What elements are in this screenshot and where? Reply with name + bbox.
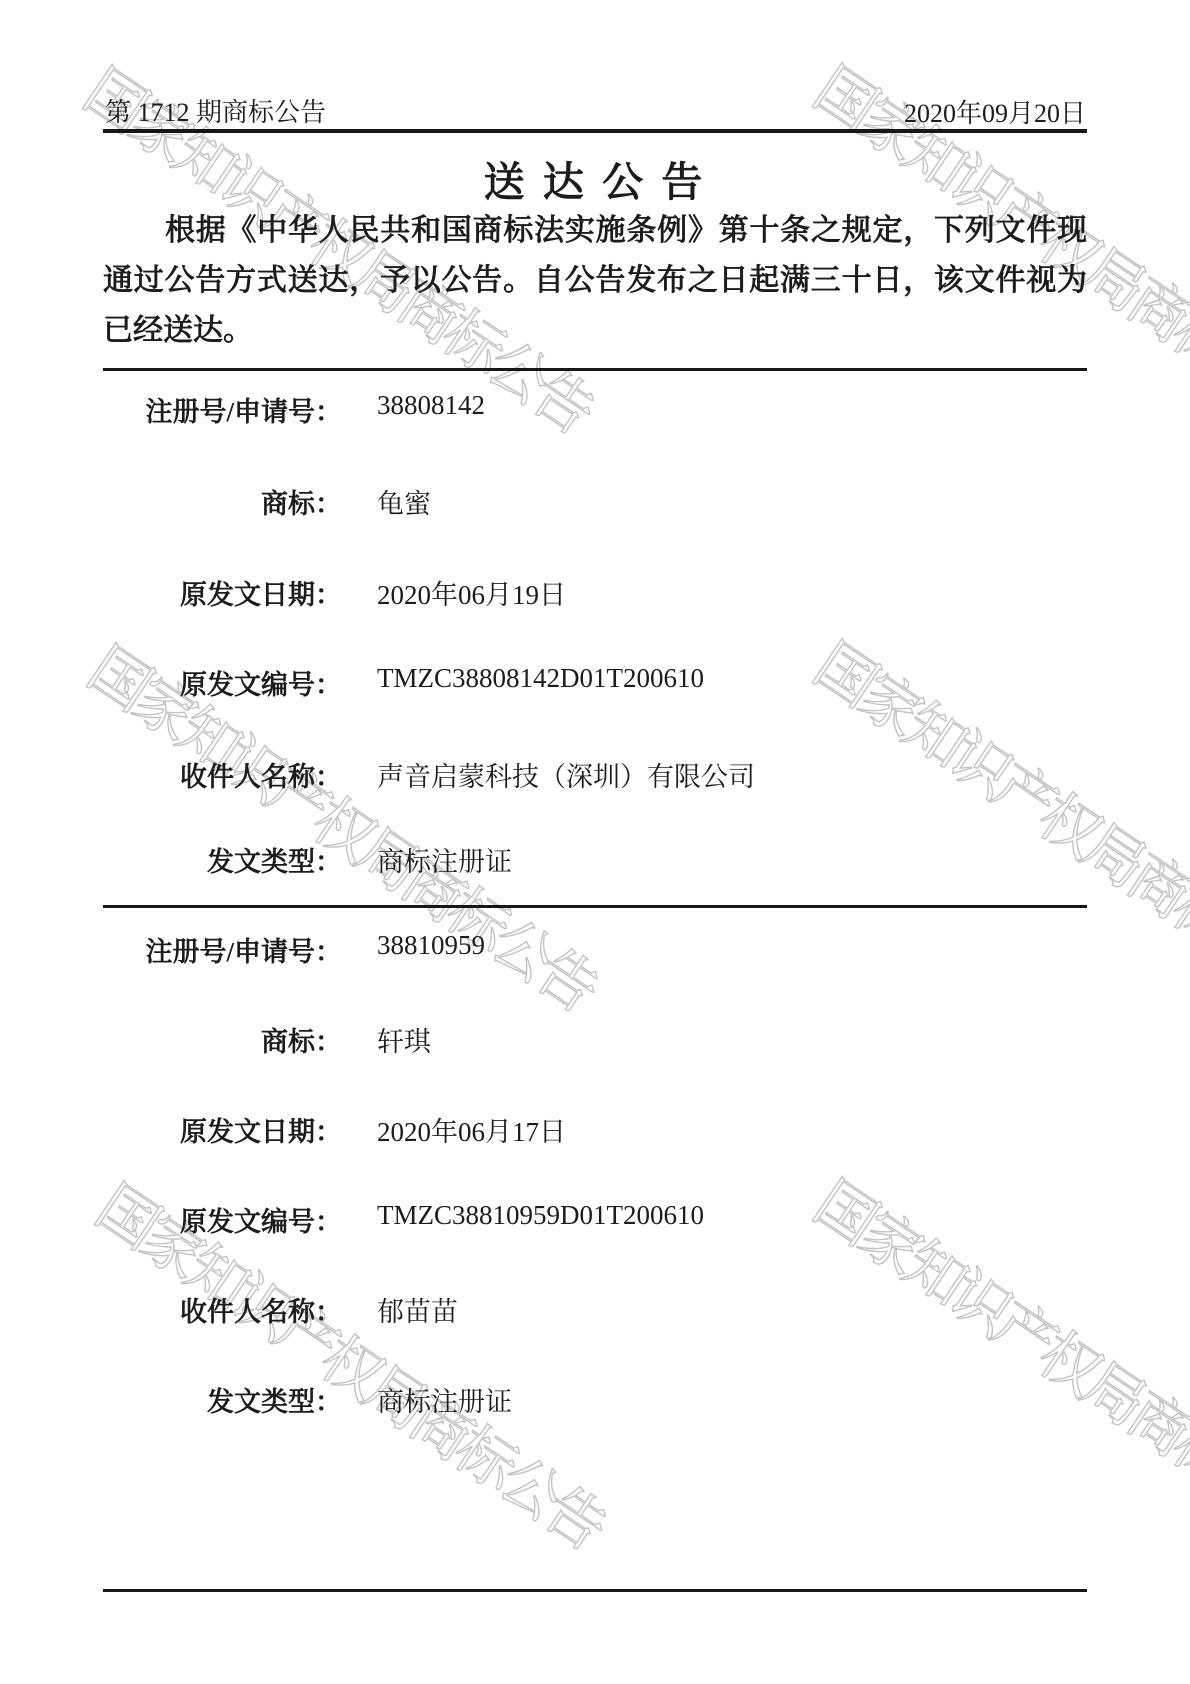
field-value: 2020年06月17日 (377, 1110, 566, 1149)
record-row: 注册号/申请号： 38810959 (0, 930, 1190, 964)
field-value: TMZC38808142D01T200610 (377, 663, 704, 694)
record-row: 商标： 轩琪 (0, 1020, 1190, 1054)
field-value: 郁苗苗 (377, 1290, 458, 1329)
field-value: 38810959 (377, 930, 485, 961)
field-value: 商标注册证 (377, 1380, 512, 1419)
field-label: 原发文编号： (180, 1200, 342, 1239)
field-label: 注册号/申请号： (145, 390, 342, 429)
field-value: 轩琪 (377, 1020, 431, 1059)
field-value: 声音启蒙科技（深圳）有限公司 (377, 755, 755, 794)
field-label: 收件人名称： (180, 755, 342, 794)
field-value: 龟蜜 (377, 482, 431, 521)
field-label: 原发文编号： (180, 663, 342, 702)
header-divider (103, 129, 1087, 133)
field-label: 商标： (261, 482, 342, 521)
field-label: 收件人名称： (180, 1290, 342, 1329)
record-row: 注册号/申请号： 38808142 (0, 390, 1190, 424)
notice-intro: 根据《中华人民共和国商标法实施条例》第十条之规定，下列文件现通过公告方式送达，予… (103, 206, 1087, 356)
field-value: 商标注册证 (377, 840, 512, 879)
field-label: 发文类型： (207, 840, 342, 879)
field-value: 2020年06月19日 (377, 573, 566, 612)
record-row: 原发文编号： TMZC38808142D01T200610 (0, 663, 1190, 697)
field-label: 发文类型： (207, 1380, 342, 1419)
record-divider (103, 905, 1087, 908)
record-row: 收件人名称： 声音启蒙科技（深圳）有限公司 (0, 755, 1190, 789)
gazette-page: 国家知识产权局商标公告 国家知识产权局商标公告 国家知识产权局商标公告 国家知识… (0, 0, 1190, 1684)
gazette-date: 2020年09月20日 (904, 93, 1086, 130)
record-row: 原发文编号： TMZC38810959D01T200610 (0, 1200, 1190, 1234)
record-row: 商标： 龟蜜 (0, 482, 1190, 516)
field-label: 商标： (261, 1020, 342, 1059)
field-label: 注册号/申请号： (145, 930, 342, 969)
record-row: 发文类型： 商标注册证 (0, 840, 1190, 874)
record-divider (103, 368, 1087, 371)
gazette-issue-number: 第 1712 期商标公告 (105, 92, 326, 129)
field-label: 原发文日期： (180, 573, 342, 612)
record-row: 原发文日期： 2020年06月19日 (0, 573, 1190, 607)
bottom-divider (103, 1589, 1087, 1592)
record-row: 发文类型： 商标注册证 (0, 1380, 1190, 1414)
record-row: 收件人名称： 郁苗苗 (0, 1290, 1190, 1324)
field-label: 原发文日期： (180, 1110, 342, 1149)
field-value: 38808142 (377, 390, 485, 421)
notice-title: 送 达 公 告 (103, 149, 1087, 208)
field-value: TMZC38810959D01T200610 (377, 1200, 704, 1231)
record-row: 原发文日期： 2020年06月17日 (0, 1110, 1190, 1144)
